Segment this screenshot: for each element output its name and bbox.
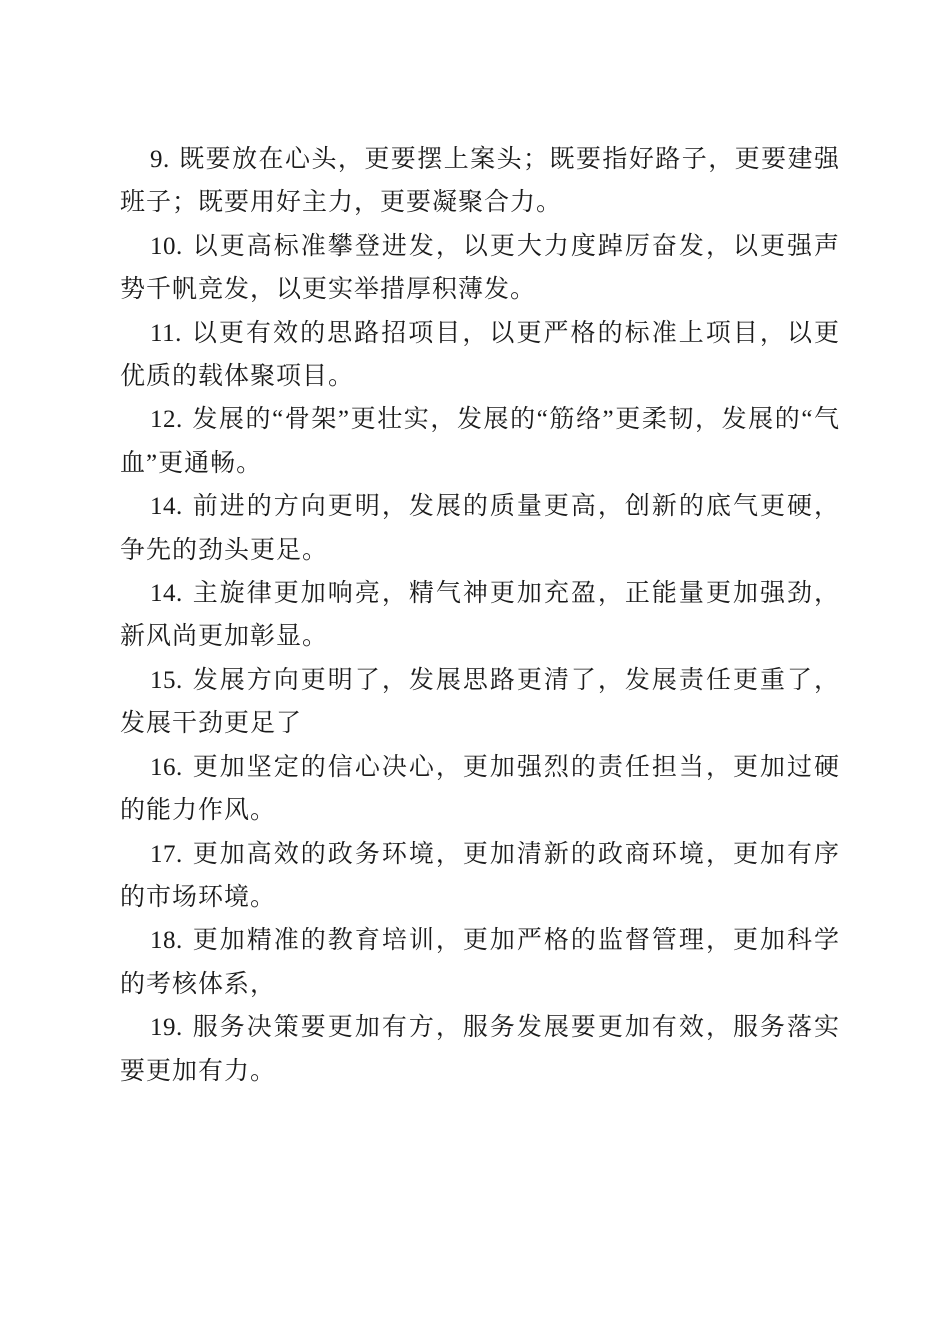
item-text: 更加坚定的信心决心，更加强烈的责任担当，更加过硬的能力作风。 [120,754,840,824]
item-text: 更加精准的教育培训，更加严格的监督管理，更加科学的考核体系， [120,927,840,997]
item-text: 主旋律更加响亮，精气神更加充盈，正能量更加强劲，新风尚更加彰显。 [120,580,840,650]
item-number: 18. [150,927,183,954]
item-text: 以更高标准攀登进发，以更大力度踔厉奋发，以更强声势千帆竞发，以更实举措厚积薄发。 [120,233,840,303]
list-item-18: 18.更加精准的教育培训，更加严格的监督管理，更加科学的考核体系， [120,919,840,1006]
item-number: 9. [150,146,170,173]
list-item-16: 16.更加坚定的信心决心，更加强烈的责任担当，更加过硬的能力作风。 [120,746,840,833]
list-item-19: 19.服务决策要更加有方，服务发展要更加有效，服务落实要更加有力。 [120,1006,840,1093]
item-number: 17. [150,841,183,868]
item-text: 既要放在心头，更要摆上案头；既要指好路子，更要建强班子；既要用好主力，更要凝聚合… [120,146,840,216]
item-text: 以更有效的思路招项目，以更严格的标准上项目，以更优质的载体聚项目。 [120,320,840,390]
list-item-15: 15.发展方向更明了，发展思路更清了，发展责任更重了，发展干劲更足了 [120,659,840,746]
item-number: 10. [150,233,183,260]
item-text: 发展的“骨架”更壮实，发展的“筋络”更柔韧，发展的“气血”更通畅。 [120,406,840,476]
list-item-9: 9.既要放在心头，更要摆上案头；既要指好路子，更要建强班子；既要用好主力，更要凝… [120,138,840,225]
item-text: 前进的方向更明，发展的质量更高，创新的底气更硬，争先的劲头更足。 [120,493,840,563]
list-item-14b: 14.主旋律更加响亮，精气神更加充盈，正能量更加强劲，新风尚更加彰显。 [120,572,840,659]
item-text: 发展方向更明了，发展思路更清了，发展责任更重了，发展干劲更足了 [120,667,840,737]
item-number: 19. [150,1014,183,1041]
item-number: 14. [150,493,183,520]
item-number: 16. [150,754,183,781]
item-number: 15. [150,667,183,694]
list-item-12: 12.发展的“骨架”更壮实，发展的“筋络”更柔韧，发展的“气血”更通畅。 [120,398,840,485]
item-text: 服务决策要更加有方，服务发展要更加有效，服务落实要更加有力。 [120,1014,840,1084]
item-number: 12. [150,406,183,433]
item-number: 14. [150,580,183,607]
document-page: 9.既要放在心头，更要摆上案头；既要指好路子，更要建强班子；既要用好主力，更要凝… [0,0,950,1344]
list-item-11: 11.以更有效的思路招项目，以更严格的标准上项目，以更优质的载体聚项目。 [120,312,840,399]
list-item-10: 10.以更高标准攀登进发，以更大力度踔厉奋发，以更强声势千帆竞发，以更实举措厚积… [120,225,840,312]
list-item-14a: 14.前进的方向更明，发展的质量更高，创新的底气更硬，争先的劲头更足。 [120,485,840,572]
item-text: 更加高效的政务环境，更加清新的政商环境，更加有序的市场环境。 [120,841,840,911]
list-item-17: 17.更加高效的政务环境，更加清新的政商环境，更加有序的市场环境。 [120,833,840,920]
item-number: 11. [150,320,182,347]
